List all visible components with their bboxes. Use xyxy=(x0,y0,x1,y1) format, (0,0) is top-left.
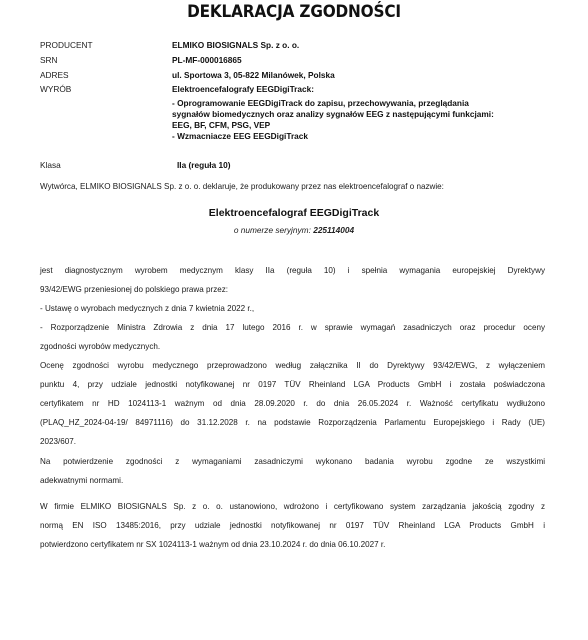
field-value: ELMIKO BIOSIGNALS Sp. z o. o. xyxy=(172,40,572,51)
text-line: jest diagnostycznym wyrobem medycznym kl… xyxy=(40,261,545,280)
document-title: DEKLARACJA ZGODNOŚCI xyxy=(29,0,558,24)
field-label: SRN xyxy=(40,55,140,66)
intro-paragraph: Wytwórca, ELMIKO BIOSIGNALS Sp. z o. o. … xyxy=(40,177,545,196)
serial-number-line: o numerze seryjnym: 225114004 xyxy=(0,225,588,235)
text-line: (PLAQ_HZ_2024-04-19/ 84971116) do 31.12.… xyxy=(40,413,545,432)
text-line: Na potwierdzenie zgodności z wymaganiami… xyxy=(40,452,545,471)
wyrob-line: EEG, BF, CFM, PSG, VEP xyxy=(172,120,572,131)
field-label: Klasa xyxy=(40,160,140,171)
paragraph-compliance: jest diagnostycznym wyrobem medycznym kl… xyxy=(40,261,545,356)
wyrob-line: sygnałów biomedycznych oraz analizy sygn… xyxy=(172,109,572,120)
text-line: potwierdzono certyfikatem nr SX 1024113-… xyxy=(40,535,545,554)
field-label: ADRES xyxy=(40,70,140,81)
field-value: Elektroencefalografy EEGDigiTrack: - Opr… xyxy=(172,84,572,142)
text-line: punktu 4, przy udziale jednostki notyfik… xyxy=(40,375,545,394)
wyrob-line: - Wzmacniacze EEG EEGDigiTrack xyxy=(172,131,572,142)
text-line: 2023/607. xyxy=(40,432,545,451)
text-line: normą EN ISO 13485:2016, przy udziale je… xyxy=(40,516,545,535)
text-line: - Ustawę o wyrobach medycznych z dnia 7 … xyxy=(40,299,545,318)
paragraph-testing: Na potwierdzenie zgodności z wymaganiami… xyxy=(40,452,545,490)
text-line: certyfikatem nr HD 1024113-1 ważnym od d… xyxy=(40,394,545,413)
text-line: zgodności wyrobów medycznych. xyxy=(40,337,545,356)
paragraph-quality-system: W firmie ELMIKO BIOSIGNALS Sp. z o. o. u… xyxy=(40,497,545,554)
text-line: Ocenę zgodności wyrobu medycznego przepr… xyxy=(40,356,545,375)
serial-label: o numerze seryjnym: xyxy=(234,225,311,235)
field-label: WYRÓB xyxy=(40,84,140,95)
paragraph-assessment: Ocenę zgodności wyrobu medycznego przepr… xyxy=(40,356,545,451)
text-line: W firmie ELMIKO BIOSIGNALS Sp. z o. o. u… xyxy=(40,497,545,516)
field-value: ul. Sportowa 3, 05-822 Milanówek, Polska xyxy=(172,70,572,81)
text-line: 93/42/EWG przeniesionej do polskiego pra… xyxy=(40,280,545,299)
text-line: Wytwórca, ELMIKO BIOSIGNALS Sp. z o. o. … xyxy=(40,177,545,196)
field-label: PRODUCENT xyxy=(40,40,140,51)
field-value: PL-MF-000016865 xyxy=(172,55,572,66)
text-line: - Rozporządzenie Ministra Zdrowia z dnia… xyxy=(40,318,545,337)
wyrob-line: Elektroencefalografy EEGDigiTrack: xyxy=(172,84,572,95)
wyrob-line: - Oprogramowanie EEGDigiTrack do zapisu,… xyxy=(172,98,572,109)
field-value: IIa (reguła 10) xyxy=(177,160,577,171)
product-name: Elektroencefalograf EEGDigiTrack xyxy=(0,207,588,219)
serial-number: 225114004 xyxy=(313,225,354,235)
text-line: adekwatnymi normami. xyxy=(40,471,545,490)
